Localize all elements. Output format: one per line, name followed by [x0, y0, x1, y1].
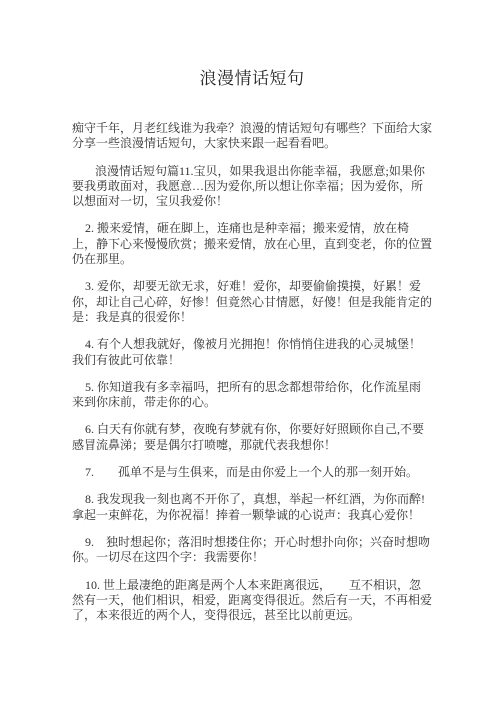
- paragraph-item-4: 4. 有个人想我就好，像被月光拥抱！你悄悄住进我的心灵城堡！我们有彼此可依靠！: [72, 337, 432, 368]
- document-page: 浪漫情话短句 痴守千年，月老红线谁为我牵？浪漫的情话短句有哪些？下面给大家分享一…: [0, 0, 500, 708]
- paragraph-item-5: 5. 你知道我有多幸福吗，把所有的思念都想带给你，化作流星雨来到你床前，带走你的…: [72, 380, 432, 411]
- paragraph-intro: 痴守千年，月老红线谁为我牵？浪漫的情话短句有哪些？下面给大家分享一些浪漫情话短句…: [72, 121, 432, 152]
- paragraph-item-8: 8. 我发现我一刻也离不开你了，真想，举起一杯红酒，为你而醉!拿起一束鲜花，为你…: [72, 492, 432, 523]
- paragraph-item-6: 6. 白天有你就有梦，夜晚有梦就有你，你要好好照顾你自己,不要感冒流鼻涕；要是偶…: [72, 422, 432, 453]
- paragraph-item-7: 7. 孤单不是与生俱来，而是由你爱上一个人的那一刻开始。: [72, 465, 432, 480]
- paragraph-item-3: 3. 爱你，却要无欲无求，好难！爱你，却要偷偷摸摸，好累！爱你，却让自己心碎，好…: [72, 279, 432, 325]
- paragraph-item-1: 浪漫情话短句篇11.宝贝，如果我退出你能幸福，我愿意;如果你要我勇敢面对，我愿意…: [72, 164, 432, 210]
- document-body: 痴守千年，月老红线谁为我牵？浪漫的情话短句有哪些？下面给大家分享一些浪漫情话短句…: [72, 121, 432, 623]
- paragraph-item-2: 2. 搬来爱情，砸在脚上，连痛也是种幸福；搬来爱情，放在椅上，静下心来慢慢欣赏；…: [72, 221, 432, 267]
- paragraph-item-10: 10. 世上最凄绝的距离是两个人本来距离很远， 互不相识，忽然有一天，他们相识，…: [72, 578, 432, 624]
- page-title: 浪漫情话短句: [72, 0, 432, 89]
- paragraph-item-9: 9. 独时想起你；落泪时想搂住你；开心时想扑向你；兴奋时想吻你。一切尽在这四个字…: [72, 535, 432, 566]
